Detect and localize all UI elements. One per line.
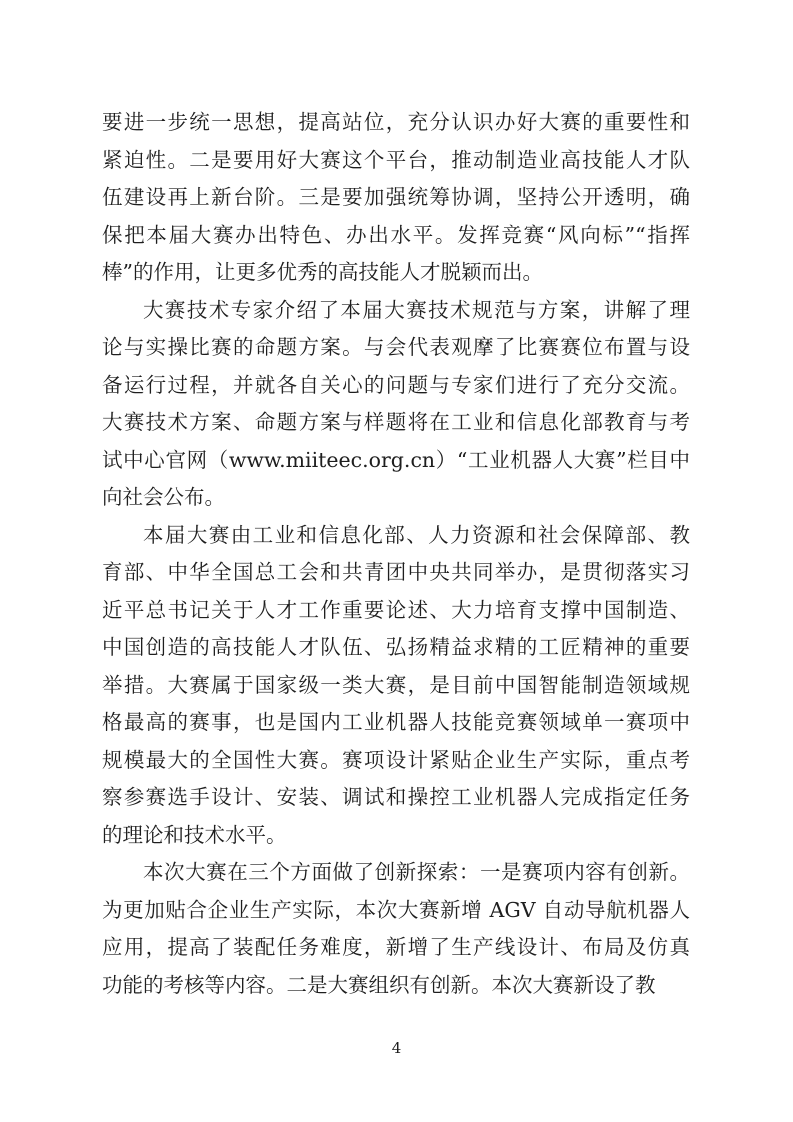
text-line: 为更加贴合企业生产实际，本次大赛新增 AGV 自动导航机器人 bbox=[102, 892, 690, 930]
text-line: 试中心官网（www.miiteec.org.cn）“工业机器人大赛”栏目中 bbox=[102, 442, 690, 480]
document-body: 要进一步统一思想，提高站位，充分认识办好大赛的重要性和紧迫性。二是要用好大赛这个… bbox=[102, 104, 690, 1004]
text-line: 备运行过程，并就各自关心的问题与专家们进行了充分交流。 bbox=[102, 367, 690, 405]
text-line: 中国创造的高技能人才队伍、弘扬精益求精的工匠精神的重要 bbox=[102, 629, 690, 667]
text-line: 近平总书记关于人才工作重要论述、大力培育支撑中国制造、 bbox=[102, 592, 690, 630]
text-line: 紧迫性。二是要用好大赛这个平台，推动制造业高技能人才队 bbox=[102, 142, 690, 180]
text-line: 功能的考核等内容。二是大赛组织有创新。本次大赛新设了教 bbox=[102, 967, 690, 1005]
text-line: 本次大赛在三个方面做了创新探索：一是赛项内容有创新。 bbox=[102, 854, 690, 892]
text-line: 本届大赛由工业和信息化部、人力资源和社会保障部、教 bbox=[102, 517, 690, 555]
text-line: 育部、中华全国总工会和共青团中央共同举办，是贯彻落实习 bbox=[102, 554, 690, 592]
text-line: 伍建设再上新台阶。三是要加强统筹协调，坚持公开透明，确 bbox=[102, 179, 690, 217]
text-line: 棒”的作用，让更多优秀的高技能人才脱颖而出。 bbox=[102, 254, 690, 292]
text-line: 格最高的赛事，也是国内工业机器人技能竞赛领域单一赛项中 bbox=[102, 704, 690, 742]
text-line: 向社会公布。 bbox=[102, 479, 690, 517]
text-line: 大赛技术专家介绍了本届大赛技术规范与方案，讲解了理 bbox=[102, 292, 690, 330]
text-line: 论与实操比赛的命题方案。与会代表观摩了比赛赛位布置与设 bbox=[102, 329, 690, 367]
text-line: 规模最大的全国性大赛。赛项设计紧贴企业生产实际，重点考 bbox=[102, 742, 690, 780]
text-line: 应用，提高了装配任务难度，新增了生产线设计、布局及仿真 bbox=[102, 929, 690, 967]
text-line: 要进一步统一思想，提高站位，充分认识办好大赛的重要性和 bbox=[102, 104, 690, 142]
text-line: 大赛技术方案、命题方案与样题将在工业和信息化部教育与考 bbox=[102, 404, 690, 442]
text-line: 保把本届大赛办出特色、办出水平。发挥竞赛“风向标”“指挥 bbox=[102, 217, 690, 255]
document-page: 要进一步统一思想，提高站位，充分认识办好大赛的重要性和紧迫性。二是要用好大赛这个… bbox=[0, 0, 793, 1122]
page-number: 4 bbox=[0, 1038, 793, 1058]
text-line: 察参赛选手设计、安装、调试和操控工业机器人完成指定任务 bbox=[102, 779, 690, 817]
text-line: 举措。大赛属于国家级一类大赛，是目前中国智能制造领域规 bbox=[102, 667, 690, 705]
text-line: 的理论和技术水平。 bbox=[102, 817, 690, 855]
